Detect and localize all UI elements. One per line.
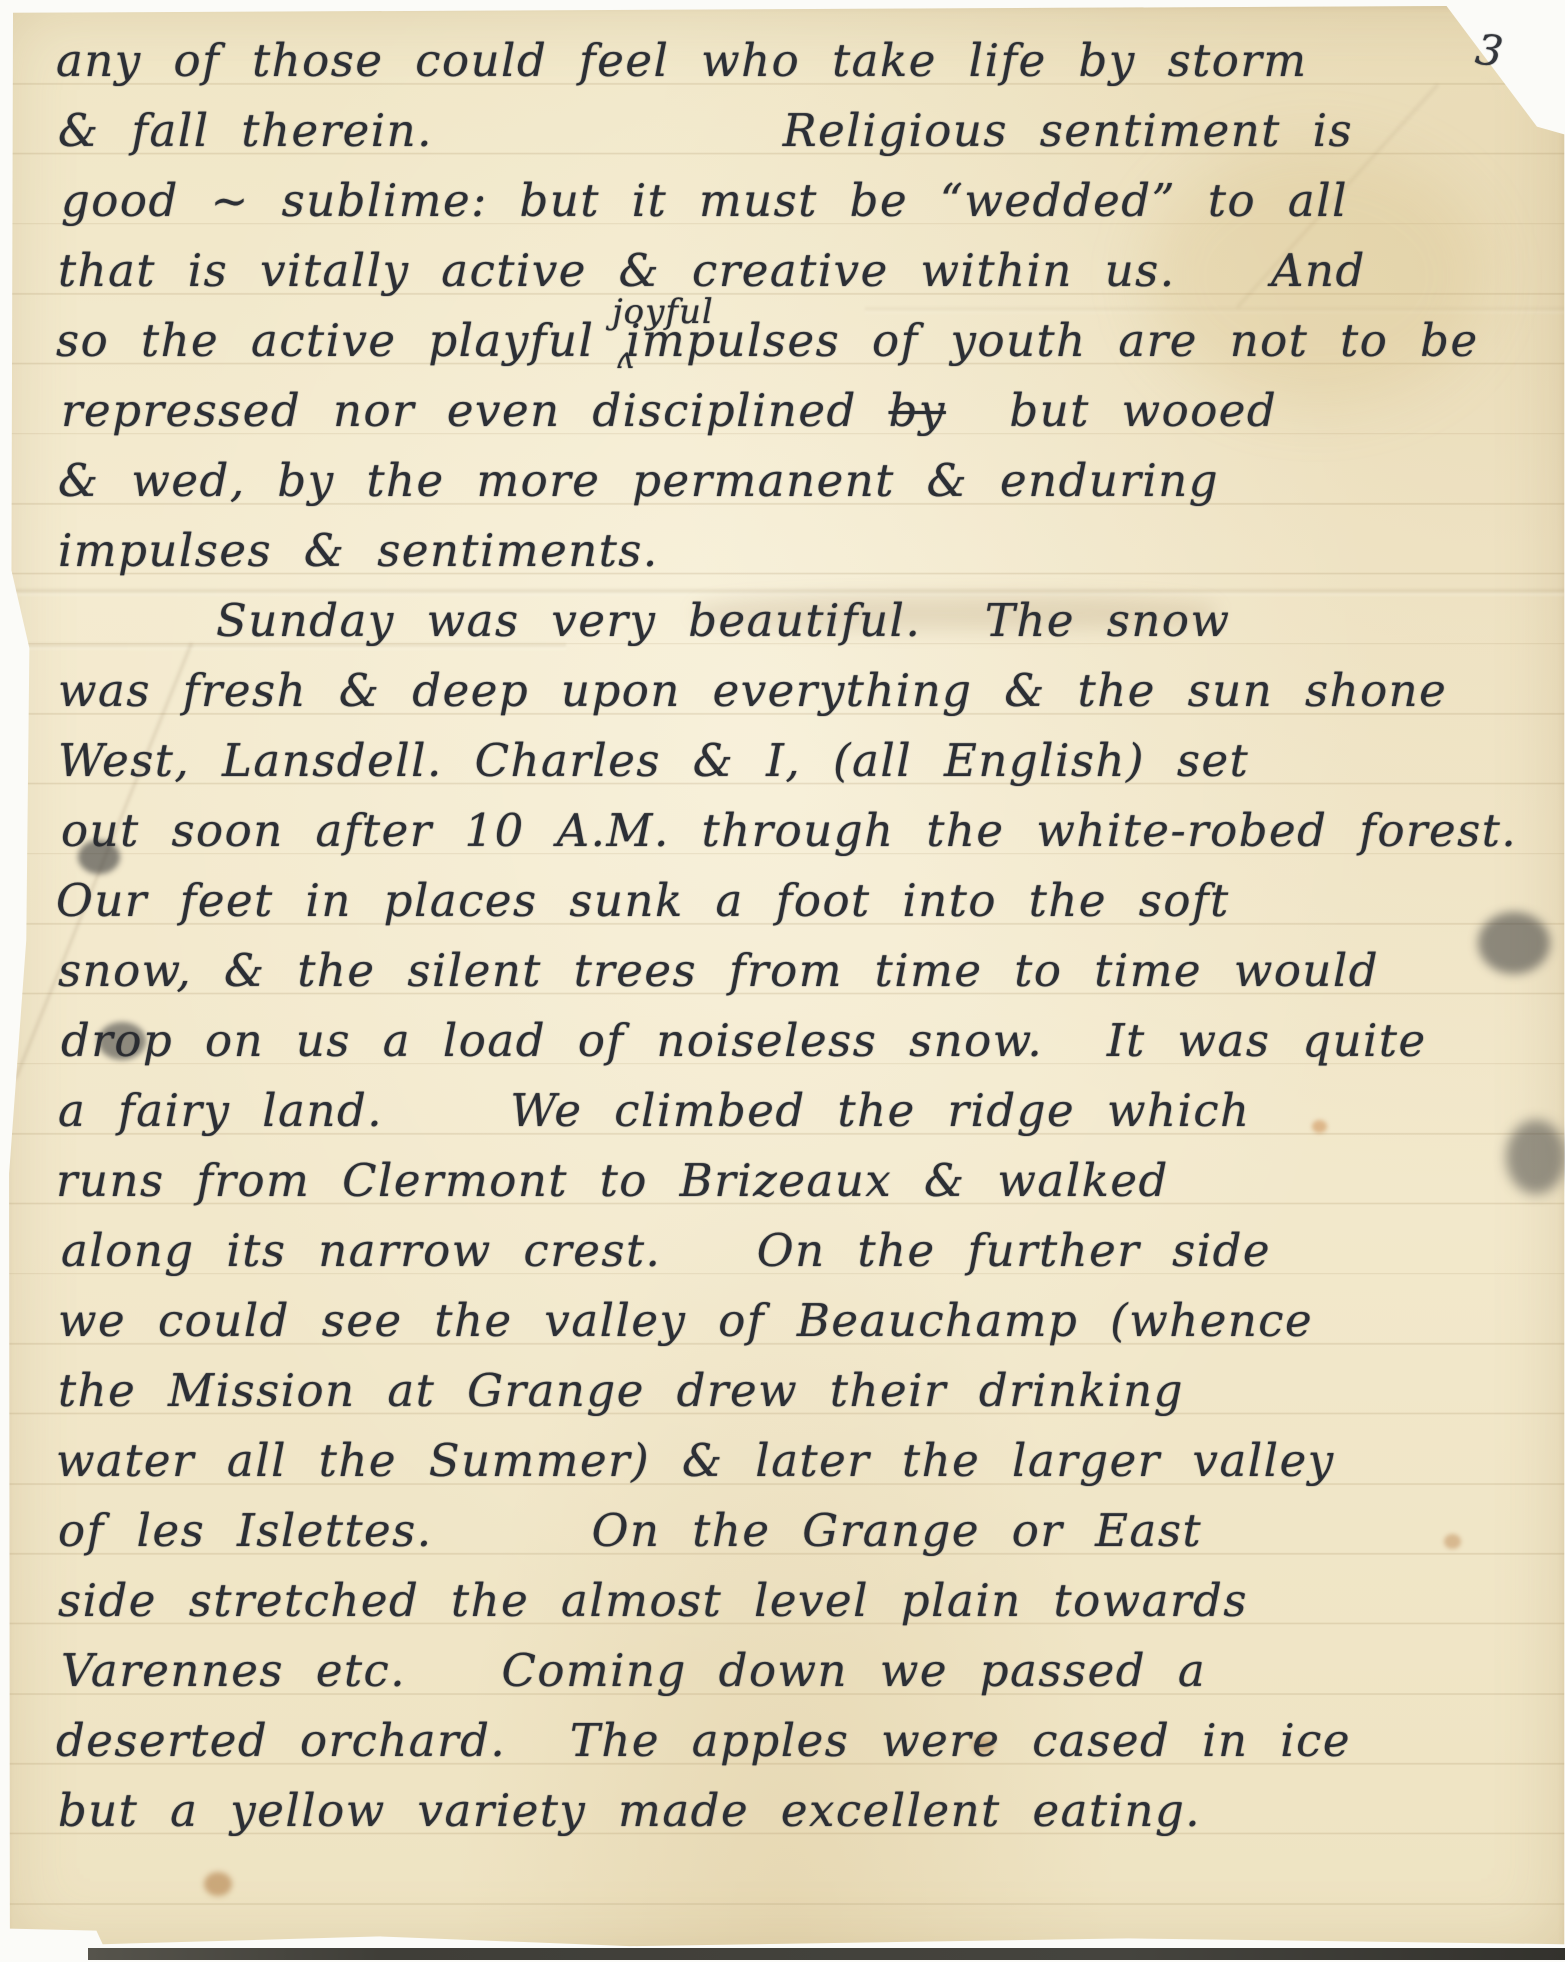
letter-line: snow, & the silent trees from time to ti… [58,936,1535,1006]
text-segment: West, Lansdell. Charles & I, (all Englis… [58,734,1249,787]
letter-line: impulses & sentiments. [58,516,1535,586]
letter-line: out soon after 10 A.M. through the white… [61,796,1538,866]
letter-line: that is vitally active & creative within… [58,236,1535,306]
letter-line: the Mission at Grange drew their drinkin… [58,1356,1535,1426]
text-segment: that is vitally active & creative within… [58,244,1366,297]
text-segment: Sunday was very beautiful. The snow [216,594,1230,647]
letter-line: so the active playful ʌjoyfulimpulses of… [56,306,1533,376]
text-segment: but a yellow variety made excellent eati… [58,1784,1201,1837]
text-segment: but wooed [946,384,1277,437]
letter-line: Sunday was very beautiful. The snow [56,586,1533,656]
letter-line: a fairy land. We climbed the ridge which [58,1076,1535,1146]
letter-line: deserted orchard. The apples were cased … [56,1706,1533,1776]
text-segment: water all the Summer) & later the larger… [56,1434,1335,1487]
letter-line: runs from Clermont to Brizeaux & walked [56,1146,1533,1216]
text-segment: repressed nor even disciplined [61,384,889,437]
letter-line: side stretched the almost level plain to… [58,1566,1535,1636]
letter-line: good ~ sublime: but it must be “wedded” … [61,166,1538,236]
letter-line: repressed nor even disciplined by but wo… [61,376,1538,446]
letter-line: drop on us a load of noiseless snow. It … [61,1006,1538,1076]
text-segment: good ~ sublime: but it must be “wedded” … [61,174,1348,227]
letter-line: but a yellow variety made excellent eati… [58,1776,1535,1846]
text-segment: the Mission at Grange drew their drinkin… [58,1364,1184,1417]
letter-line: we could see the valley of Beauchamp (wh… [58,1286,1535,1356]
text-segment: out soon after 10 A.M. through the white… [61,804,1517,857]
scan-edge-strip [88,1948,1565,1960]
text-segment: & fall therein. Religious sentiment is [58,104,1353,157]
text-segment: of les Islettes. On the Grange or East [58,1504,1202,1557]
letter-line: along its narrow crest. On the further s… [61,1216,1538,1286]
text-segment: drop on us a load of noiseless snow. It … [61,1014,1427,1067]
text-segment: impulses of youth are not to be [626,314,1478,367]
text-segment: along its narrow crest. On the further s… [61,1224,1271,1277]
letter-line: of les Islettes. On the Grange or East [58,1496,1535,1566]
text-segment: side stretched the almost level plain to… [58,1574,1248,1627]
letter-body: any of those could feel who take life by… [58,26,1535,1846]
text-segment: runs from Clermont to Brizeaux & walked [56,1154,1169,1207]
text-segment: any of those could feel who take life by… [56,34,1308,87]
text-segment: Our feet in places sunk a foot into the … [56,874,1230,927]
text-segment: deserted orchard. The apples were cased … [56,1714,1351,1767]
text-segment: a fairy land. We climbed the ridge which [58,1084,1251,1137]
text-segment: Varennes etc. Coming down we passed a [61,1644,1206,1697]
letter-line: Varennes etc. Coming down we passed a [61,1636,1538,1706]
letter-line: water all the Summer) & later the larger… [56,1426,1533,1496]
text-segment: so the active playful [56,314,626,367]
letter-line: & wed, by the more permanent & enduring [58,446,1535,516]
letter-line: was fresh & deep upon everything & the s… [58,656,1535,726]
text-segment: we could see the valley of Beauchamp (wh… [58,1294,1313,1347]
letter-line: & fall therein. Religious sentiment is [58,96,1535,166]
letter-line: Our feet in places sunk a foot into the … [56,866,1533,936]
text-segment: & wed, by the more permanent & enduring [58,454,1219,507]
struck-out-word: by [889,384,946,437]
letter-line: West, Lansdell. Charles & I, (all Englis… [58,726,1535,796]
text-segment: was fresh & deep upon everything & the s… [58,664,1447,717]
text-segment: impulses & sentiments. [58,524,659,577]
letter-line: any of those could feel who take life by… [56,26,1533,96]
text-segment: snow, & the silent trees from time to ti… [58,944,1379,997]
